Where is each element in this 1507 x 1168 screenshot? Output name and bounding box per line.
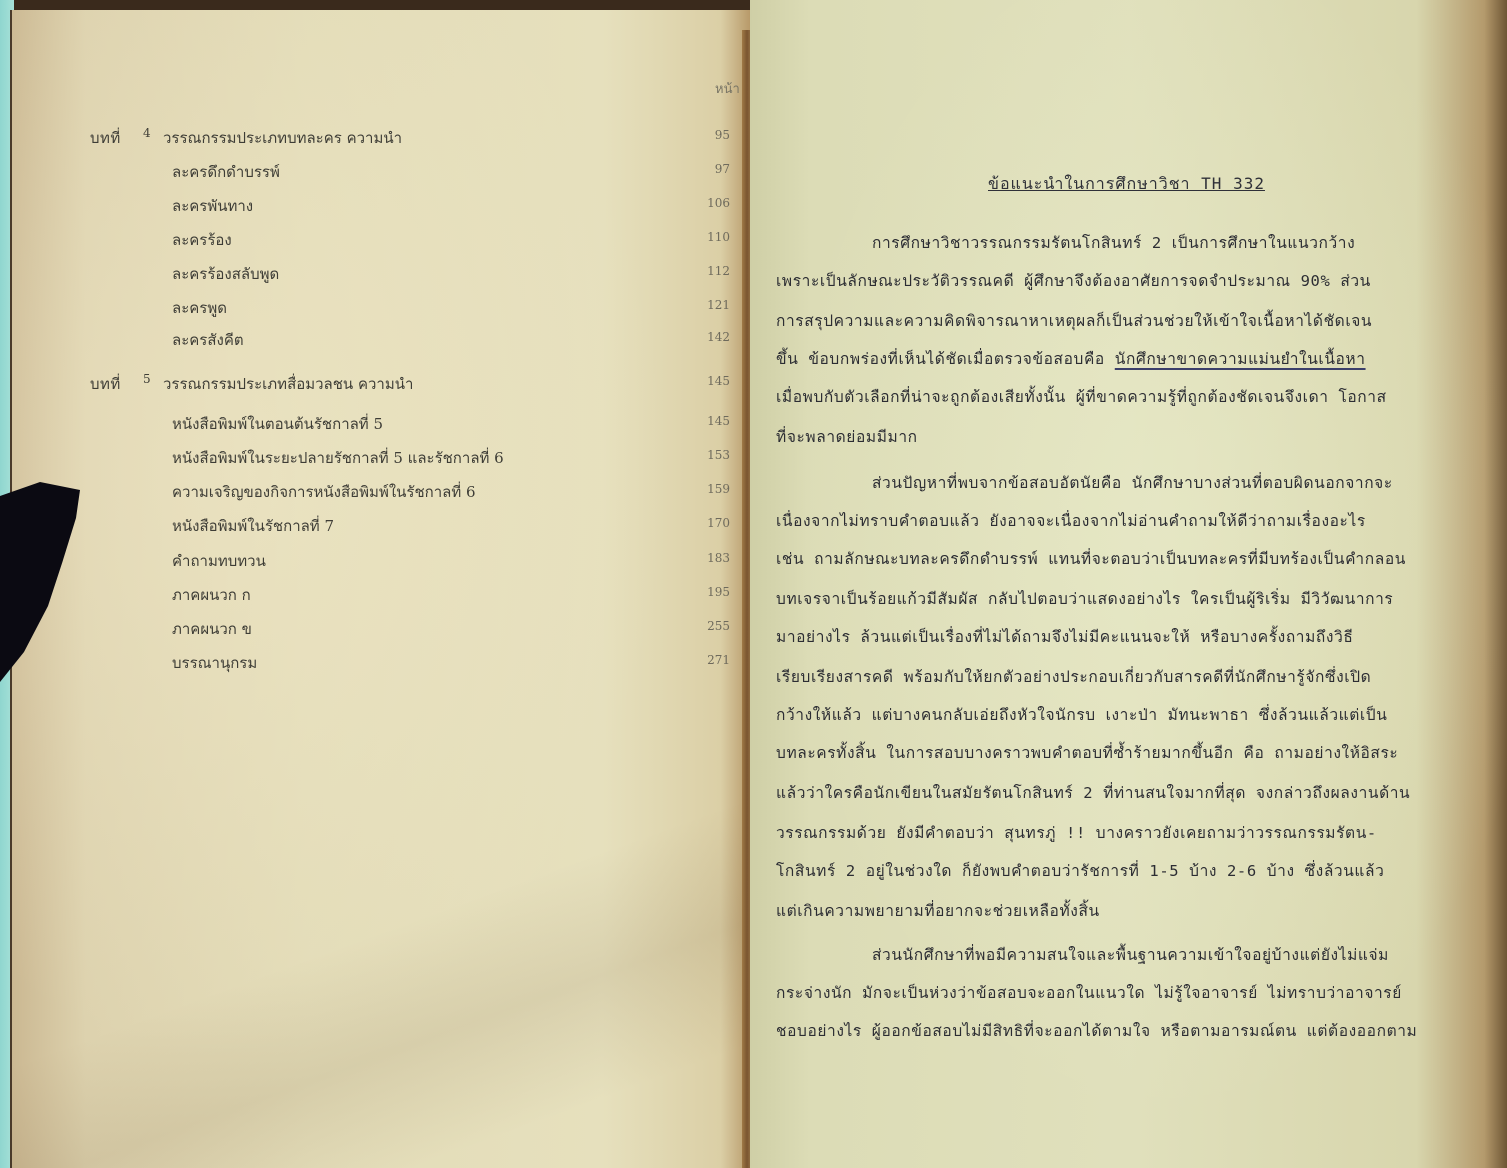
- text-line: เช่น ถามลักษณะบทละครดึกดำบรรพ์ แทนที่จะต…: [776, 546, 1406, 572]
- toc-entry-page: 110: [698, 230, 730, 244]
- toc-page-column-header: หน้า: [715, 78, 740, 99]
- toc-entry-title: คำถามทบทวน: [172, 549, 266, 573]
- toc-entry-page: 106: [698, 196, 730, 210]
- book-spread: หน้า บทที่ 4 วรรณกรรมประเภทบทละคร ความนำ…: [0, 0, 1507, 1168]
- toc-entry[interactable]: ความเจริญของกิจการหนังสือพิมพ์ในรัชกาลที…: [0, 480, 738, 504]
- toc-entry[interactable]: ภาคผนวก ก 195: [0, 583, 738, 607]
- toc-entry-page: 112: [698, 264, 730, 278]
- toc-entry-title: ละครพูด: [172, 296, 227, 320]
- text-line: ที่จะพลาดย่อมมีมาก: [776, 424, 918, 450]
- toc-entry[interactable]: บรรณานุกรม 271: [0, 651, 738, 675]
- page-crease: [12, 610, 750, 1168]
- toc-entry-title: ภาคผนวก ข: [172, 617, 252, 641]
- text-line: มาอย่างไร ล้วนแต่เป็นเรื่องที่ไม่ได้ถามจ…: [776, 624, 1353, 650]
- toc-entry[interactable]: ละครสังคีต 142: [0, 328, 738, 352]
- text-line: ขึ้น ข้อบกพร่องที่เห็นได้ชัดเมื่อตรวจข้อ…: [776, 346, 1366, 372]
- toc-entry[interactable]: ละครดึกดำบรรพ์ 97: [0, 160, 738, 184]
- text-line: บทเจรจาเป็นร้อยแก้วมีสัมผัส กลับไปตอบว่า…: [776, 586, 1393, 612]
- toc-entry-page: 145: [698, 374, 730, 388]
- text-line: การศึกษาวิชาวรรณกรรมรัตนโกสินทร์ 2 เป็นก…: [872, 230, 1355, 256]
- text-line: กว้างให้แล้ว แต่บางคนกลับเอ่ยถึงหัวใจนัก…: [776, 702, 1387, 728]
- toc-entry-page: 195: [698, 585, 730, 599]
- chapter-label: บทที่: [90, 372, 121, 396]
- toc-entry[interactable]: หนังสือพิมพ์ในระยะปลายรัชกาลที่ 5 และรัช…: [0, 446, 738, 470]
- toc-entry-title: หนังสือพิมพ์ในตอนต้นรัชกาลที่ 5: [172, 412, 383, 436]
- toc-entry-title: หนังสือพิมพ์ในระยะปลายรัชกาลที่ 5 และรัช…: [172, 446, 504, 470]
- toc-entry-page: 145: [698, 414, 730, 428]
- toc-entry-chapter[interactable]: บทที่ 5 วรรณกรรมประเภทสื่อมวลชน ความนำ 1…: [0, 372, 738, 396]
- toc-entry-page: 121: [698, 298, 730, 312]
- text-line: แล้วว่าใครคือนักเขียนในสมัยรัตนโกสินทร์ …: [776, 780, 1410, 806]
- text-line: วรรณกรรมด้วย ยังมีคำตอบว่า สุนทรภู่ !! บ…: [776, 820, 1377, 846]
- text-segment: ขึ้น ข้อบกพร่องที่เห็นได้ชัดเมื่อตรวจข้อ…: [776, 350, 1115, 368]
- toc-entry[interactable]: ภาคผนวก ข 255: [0, 617, 738, 641]
- text-line: ส่วนนักศึกษาที่พอมีความสนใจและพื้นฐานควา…: [872, 942, 1389, 968]
- text-line: เรียบเรียงสารคดี พร้อมกับให้ยกตัวอย่างปร…: [776, 664, 1371, 690]
- toc-entry[interactable]: หนังสือพิมพ์ในรัชกาลที่ 7 170: [0, 514, 738, 538]
- text-line: บทละครทั้งสิ้น ในการสอบบางคราวพบคำตอบที่…: [776, 740, 1398, 766]
- toc-entry-page: 153: [698, 448, 730, 462]
- text-line: เนื่องจากไม่ทราบคำตอบแล้ว ยังอาจจะเนื่อง…: [776, 508, 1366, 534]
- toc-entry-title: ละครสังคีต: [172, 328, 244, 352]
- toc-entry-title: ความเจริญของกิจการหนังสือพิมพ์ในรัชกาลที…: [172, 480, 476, 504]
- underlined-emphasis: นักศึกษาขาดความแม่นยำในเนื้อหา: [1115, 350, 1366, 368]
- toc-entry-title: ละครดึกดำบรรพ์: [172, 160, 280, 184]
- text-line: เมื่อพบกับตัวเลือกที่น่าจะถูกต้องเสียทั้…: [776, 384, 1387, 410]
- toc-entry[interactable]: ละครร้อง 110: [0, 228, 738, 252]
- text-line: เพราะเป็นลักษณะประวัติวรรณคดี ผู้ศึกษาจึ…: [776, 268, 1371, 294]
- toc-entry[interactable]: คำถามทบทวน 183: [0, 549, 738, 573]
- toc-entry[interactable]: ละครร้องสลับพูด 112: [0, 262, 738, 286]
- toc-entry[interactable]: หนังสือพิมพ์ในตอนต้นรัชกาลที่ 5 145: [0, 412, 738, 436]
- page-title: ข้อแนะนำในการศึกษาวิชา TH 332: [988, 172, 1265, 197]
- toc-entry[interactable]: ละครพันทาง 106: [0, 194, 738, 218]
- toc-entry-page: 95: [698, 128, 730, 142]
- toc-entry-page: 170: [698, 516, 730, 530]
- toc-entry[interactable]: ละครพูด 121: [0, 296, 738, 320]
- toc-entry-title: หนังสือพิมพ์ในรัชกาลที่ 7: [172, 514, 334, 538]
- toc-entry-page: 255: [698, 619, 730, 633]
- toc-entry-title: บรรณานุกรม: [172, 651, 257, 675]
- toc-entry-page: 97: [698, 162, 730, 176]
- toc-entry-title: ละครพันทาง: [172, 194, 253, 218]
- toc-entry-chapter[interactable]: บทที่ 4 วรรณกรรมประเภทบทละคร ความนำ 95: [0, 126, 738, 150]
- text-line: การสรุปความและความคิดพิจารณาหาเหตุผลก็เป…: [776, 308, 1372, 334]
- text-line: โกสินทร์ 2 อยู่ในช่วงใด ก็ยังพบคำตอบว่าร…: [776, 858, 1384, 884]
- toc-entry-page: 142: [698, 330, 730, 344]
- toc-entry-page: 183: [698, 551, 730, 565]
- chapter-label: บทที่: [90, 126, 121, 150]
- chapter-number: 4: [143, 126, 151, 140]
- text-line: แต่เกินความพยายามที่อยากจะช่วยเหลือทั้งส…: [776, 898, 1100, 924]
- toc-entry-title: วรรณกรรมประเภทบทละคร ความนำ: [163, 126, 402, 150]
- text-line: ส่วนปัญหาที่พบจากข้อสอบอัตนัยคือ นักศึกษ…: [872, 470, 1393, 496]
- text-line: กระจ่างนัก มักจะเป็นห่วงว่าข้อสอบจะออกใน…: [776, 980, 1402, 1006]
- toc-entry-title: วรรณกรรมประเภทสื่อมวลชน ความนำ: [163, 372, 413, 396]
- toc-entry-page: 271: [698, 653, 730, 667]
- chapter-number: 5: [143, 372, 151, 386]
- text-line: ชอบอย่างไร ผู้ออกข้อสอบไม่มีสิทธิที่จะออ…: [776, 1018, 1417, 1044]
- toc-entry-page: 159: [698, 482, 730, 496]
- toc-entry-title: ละครร้อง: [172, 228, 232, 252]
- toc-entry-title: ภาคผนวก ก: [172, 583, 251, 607]
- toc-entry-title: ละครร้องสลับพูด: [172, 262, 279, 286]
